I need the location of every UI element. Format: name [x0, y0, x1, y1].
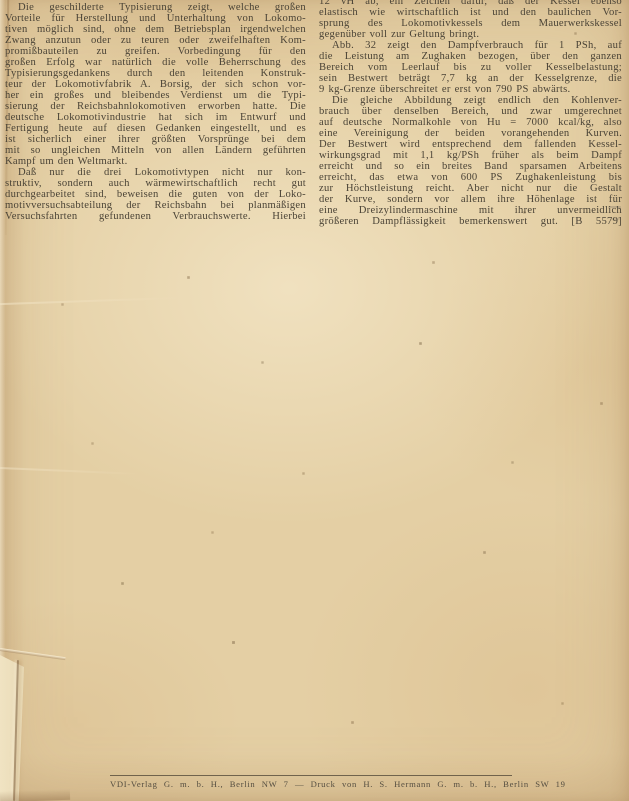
text-line: sprung des Lokomotivkessels dem Mauerwer… [319, 18, 622, 29]
text-line: der Kurve, sondern vor allem ihre Höhenl… [319, 194, 622, 205]
text-line: Zwang anzutun oder zu teuren oder zweife… [5, 35, 306, 46]
text-line: Die gleiche Abbildung zeigt endlich den … [319, 95, 622, 106]
text-line: deutsche Lokomotivindustrie hat sich im … [5, 112, 306, 123]
paragraph: Die gleiche Abbildung zeigt endlich den … [319, 95, 622, 227]
text-line: struktiv, sondern auch wärmewirtschaftli… [5, 178, 306, 189]
text-line: Kampf um den Weltmarkt. [5, 156, 306, 167]
text-line: promißbauteilen zu greifen. Vorbedingung… [5, 46, 306, 57]
text-line: Typisierungsgedankens durch den leitende… [5, 68, 306, 79]
text-column-right: 12 vH ab, ein Zeichen dafür, daß der Kes… [319, 0, 622, 227]
text-line: elastisch wie wirtschaftlich ist und den… [319, 7, 622, 18]
text-line: größeren Dampflässigkeit bemerkenswert g… [319, 216, 622, 227]
text-column-left: Die geschilderte Typisierung zeigt, welc… [5, 2, 306, 222]
text-line: sierung der Reichsbahnlokomotiven erworb… [5, 101, 306, 112]
text-line: motivversuchsabteilung der Reichsbahn be… [5, 200, 306, 211]
fold-shadow [0, 789, 70, 801]
paragraph: 12 vH ab, ein Zeichen dafür, daß der Kes… [319, 0, 622, 40]
text-line: Fertigung heute auf diesen Gedanken eing… [5, 123, 306, 134]
paragraph: Die geschilderte Typisierung zeigt, welc… [5, 2, 306, 167]
text-line: tiven möglich sind, ohne dem Betriebspla… [5, 24, 306, 35]
paper-speckles [0, 0, 1, 1]
text-line: gegenüber voll zur Geltung bringt. [319, 29, 622, 40]
paragraph: Daß nur die drei Lokomotivtypen nicht nu… [5, 167, 306, 222]
text-line: her ein großes und bleibendes Verdienst … [5, 90, 306, 101]
text-line: ist sicherlich einer ihrer größten Vorsp… [5, 134, 306, 145]
text-line: Daß nur die drei Lokomotivtypen nicht nu… [5, 167, 306, 178]
footer-rule [110, 775, 512, 776]
text-line: Die geschilderte Typisierung zeigt, welc… [5, 2, 306, 13]
text-line: wirkungsgrad mit 1,1 kg/PSh früher als b… [319, 150, 622, 161]
text-line: brauch über denselben Bereich, und zwar … [319, 106, 622, 117]
text-line: 12 vH ab, ein Zeichen dafür, daß der Kes… [319, 0, 622, 7]
text-line: eine Dreizylindermaschine mit ihrer unve… [319, 205, 622, 216]
footer-imprint: VDI-Verlag G. m. b. H., Berlin NW 7 — Dr… [110, 779, 512, 789]
text-line: Bereich vom Leerlauf bis zu voller Kesse… [319, 62, 622, 73]
text-line: zur Höchstleistung reicht. Aber nicht nu… [319, 183, 622, 194]
text-line: 9 kg-Grenze überschreitet er erst von 79… [319, 84, 622, 95]
footer: VDI-Verlag G. m. b. H., Berlin NW 7 — Dr… [110, 775, 512, 789]
scanned-journal-page: Die geschilderte Typisierung zeigt, welc… [0, 0, 629, 801]
text-line: die Leistung am Zughaken bezogen, über d… [319, 51, 622, 62]
text-line: sein Bestwert beträgt 7,7 kg an der Kess… [319, 73, 622, 84]
text-line: erreicht, das etwa von 600 PS Zughakenle… [319, 172, 622, 183]
folded-corner-underpage [0, 645, 24, 801]
text-line: großen Erfolg war natürlich die volle Be… [5, 57, 306, 68]
text-line: teur der Lokomotivfabrik A. Borsig, der … [5, 79, 306, 90]
text-line: Der Bestwert wird entsprechend dem falle… [319, 139, 622, 150]
text-line: eine Vereinigung der beiden vorangehende… [319, 128, 622, 139]
text-line: erreicht und so ein breites Band sparsam… [319, 161, 622, 172]
text-line: auf deutsche Normalkohle von Hu = 7000 k… [319, 117, 622, 128]
text-line: mit so ungleichen Mitteln von allen Länd… [5, 145, 306, 156]
fold-crease-diagonal [0, 648, 66, 660]
paragraph: Abb. 32 zeigt den Dampfverbrauch für 1 P… [319, 40, 622, 95]
text-line: Versuchsfahrten gefundenen Verbrauchswer… [5, 211, 306, 222]
paper-crease-middle [0, 297, 180, 305]
paper-crease-middle-2 [0, 467, 140, 475]
text-line: Abb. 32 zeigt den Dampfverbrauch für 1 P… [319, 40, 622, 51]
text-line: durchgearbeitet sind, beweisen die guten… [5, 189, 306, 200]
text-line: Vorteile für Herstellung und Unterhaltun… [5, 13, 306, 24]
